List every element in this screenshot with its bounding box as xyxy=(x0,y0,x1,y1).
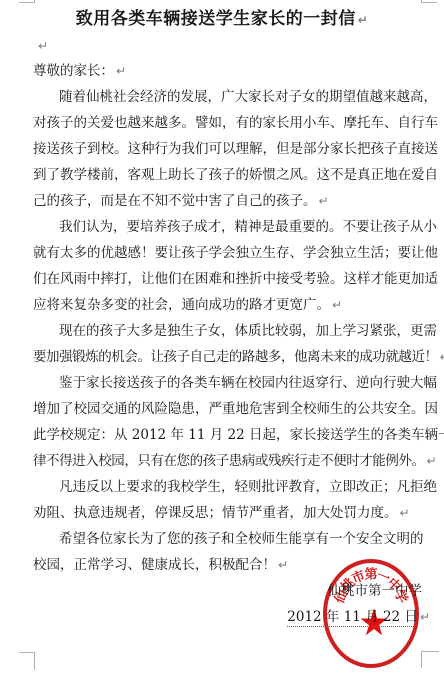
paragraph-mark-icon: ↵ xyxy=(332,298,342,312)
text-line[interactable]: 鉴于家长接送孩子的各类车辆在校园内往返穿行、逆向行驶大幅 xyxy=(0,370,444,396)
text-line-content: 律不得进入校园，只有在您的孩子患病或残疾行走不便时才能例外。 xyxy=(33,453,425,469)
text-line[interactable]: 凡违反以上要求的我校学生，轻则批评教育，立即改正；凡拒绝 xyxy=(0,474,444,500)
body-lines: 尊敬的家长：↵随着仙桃社会经济的发展，广大家长对子女的期望值越来越高，对孩子的关… xyxy=(0,58,444,578)
text-line[interactable]: 应将来复杂多变的社会，通向成功的路才更宽广。↵ xyxy=(0,292,444,318)
empty-paragraph[interactable]: ↵ xyxy=(0,32,444,58)
text-line[interactable]: 就有太多的优越感！要让孩子学会独立生存、学会独立生活；要让他 xyxy=(0,240,444,266)
text-line[interactable]: 劝阻、执意违规者，停课反思；情节严重者，加大处罚力度。↵ xyxy=(0,500,444,526)
text-line[interactable]: 到了教学楼前，客观上助长了孩子的娇惯之风。这不是真正地在爱自 xyxy=(0,162,444,188)
text-line-content: 接送孩子到校。这种行为我们可以理解，但是部分家长把孩子直接送 xyxy=(33,141,438,157)
text-line-content: 己的孩子，而是在不知不觉中害了自己的孩子。 xyxy=(33,193,317,209)
text-boundary-mark-bottom-right xyxy=(421,651,439,668)
letter-title[interactable]: 致用各类车辆接送学生家长的一封信↵ xyxy=(0,6,444,32)
text-line-content: 们在风雨中摔打，让他们在困难和挫折中接受考验。这样才能更加适 xyxy=(33,271,438,287)
text-line[interactable]: 对孩子的关爱也越来越多。譬如，有的家长用小车、摩托车、自行车 xyxy=(0,110,444,136)
text-boundary-mark-top-left xyxy=(19,0,35,3)
signature-line[interactable]: 仙桃市第一中学 xyxy=(0,578,444,604)
text-line-content: 希望各位家长为了您的孩子和全校师生能享有一个安全文明的 xyxy=(59,531,424,547)
text-line[interactable]: 律不得进入校园，只有在您的孩子患病或残疾行走不便时才能例外。↵ xyxy=(0,448,444,474)
text-line[interactable]: 己的孩子，而是在不知不觉中害了自己的孩子。↵ xyxy=(0,188,444,214)
text-line-content: 增加了校园交通的风险隐患，严重地危害到全校师生的公共安全。因 xyxy=(33,401,438,417)
text-line-content: 对孩子的关爱也越来越多。譬如，有的家长用小车、摩托车、自行车 xyxy=(33,115,438,131)
text-line-content: 要加强锻炼的机会。让孩子自己走的路越多，他离未来的成功就越近！ xyxy=(33,349,438,365)
text-line-content: 鉴于家长接送孩子的各类车辆在校园内往返穿行、逆向行驶大幅 xyxy=(59,375,437,391)
text-boundary-mark-top-right xyxy=(421,0,437,3)
text-line-content: 此学校规定：从 2012 年 11 月 22 日起，家长接送学生的各类车辆一 xyxy=(33,427,444,443)
title-text: 致用各类车辆接送学生家长的一封信 xyxy=(76,9,356,29)
paragraph-mark-icon: ↵ xyxy=(420,610,430,624)
paragraph-mark-icon: ↵ xyxy=(440,350,444,364)
text-line[interactable]: 尊敬的家长：↵ xyxy=(0,58,444,84)
paragraph-mark-icon: ↵ xyxy=(319,194,329,208)
text-line-content: 随着仙桃社会经济的发展，广大家长对子女的期望值越来越高， xyxy=(59,89,437,105)
text-line[interactable]: 随着仙桃社会经济的发展，广大家长对子女的期望值越来越高， xyxy=(0,84,444,110)
paragraph-mark-icon: ↵ xyxy=(400,506,410,520)
text-line-content: 到了教学楼前，客观上助长了孩子的娇惯之风。这不是真正地在爱自 xyxy=(33,167,438,183)
text-line[interactable]: 希望各位家长为了您的孩子和全校师生能享有一个安全文明的 xyxy=(0,526,444,552)
text-line-content: 凡违反以上要求的我校学生，轻则批评教育，立即改正；凡拒绝 xyxy=(59,479,437,495)
text-line[interactable]: 现在的孩子大多是独生子女，体质比较弱，加上学习紧张，更需 xyxy=(0,318,444,344)
text-line-content: 现在的孩子大多是独生子女，体质比较弱，加上学习紧张，更需 xyxy=(59,323,437,339)
letter-body: 致用各类车辆接送学生家长的一封信↵ ↵ 尊敬的家长：↵随着仙桃社会经济的发展，广… xyxy=(0,6,444,630)
text-line[interactable]: 校园，正常学习、健康成长，积极配合！↵ xyxy=(0,552,444,578)
paragraph-mark-icon: ↵ xyxy=(278,558,288,572)
paragraph-mark-icon: ↵ xyxy=(38,39,48,53)
text-line[interactable]: 要加强锻炼的机会。让孩子自己走的路越多，他离未来的成功就越近！↵ xyxy=(0,344,444,370)
text-line-content: 就有太多的优越感！要让孩子学会独立生存、学会独立生活；要让他 xyxy=(33,245,438,261)
text-line-content: 应将来复杂多变的社会，通向成功的路才更宽广。 xyxy=(33,297,330,313)
paragraph-mark-icon: ↵ xyxy=(358,13,369,27)
text-line[interactable]: 增加了校园交通的风险隐患，严重地危害到全校师生的公共安全。因 xyxy=(0,396,444,422)
date-line[interactable]: 2012 年 11 月 22 日↵ xyxy=(0,604,444,630)
text-line[interactable]: 我们认为，要培养孩子成才，精神是最重要的。不要让孩子从小 xyxy=(0,214,444,240)
paragraph-mark-icon: ↵ xyxy=(427,454,437,468)
text-line-content: 校园，正常学习、健康成长，积极配合！ xyxy=(33,557,276,573)
date-text: 2012 年 11 月 22 日 xyxy=(287,609,418,627)
document-page: 仙桃市第一中学 致用各类车辆接送学生家长的一封信↵ ↵ 尊敬的家长：↵随着仙桃社… xyxy=(0,0,444,675)
text-line-content: 劝阻、执意违规者，停课反思；情节严重者，加大处罚力度。 xyxy=(33,505,398,521)
text-line[interactable]: 们在风雨中摔打，让他们在困难和挫折中接受考验。这样才能更加适 xyxy=(0,266,444,292)
text-line[interactable]: 此学校规定：从 2012 年 11 月 22 日起，家长接送学生的各类车辆一 xyxy=(0,422,444,448)
signature-text: 仙桃市第一中学 xyxy=(328,583,423,599)
text-boundary-mark-bottom-left xyxy=(19,652,35,670)
text-line[interactable]: 接送孩子到校。这种行为我们可以理解，但是部分家长把孩子直接送 xyxy=(0,136,444,162)
paragraph-mark-icon: ↵ xyxy=(116,64,126,78)
text-line-content: 尊敬的家长： xyxy=(33,63,114,79)
text-line-content: 我们认为，要培养孩子成才，精神是最重要的。不要让孩子从小 xyxy=(59,219,437,235)
